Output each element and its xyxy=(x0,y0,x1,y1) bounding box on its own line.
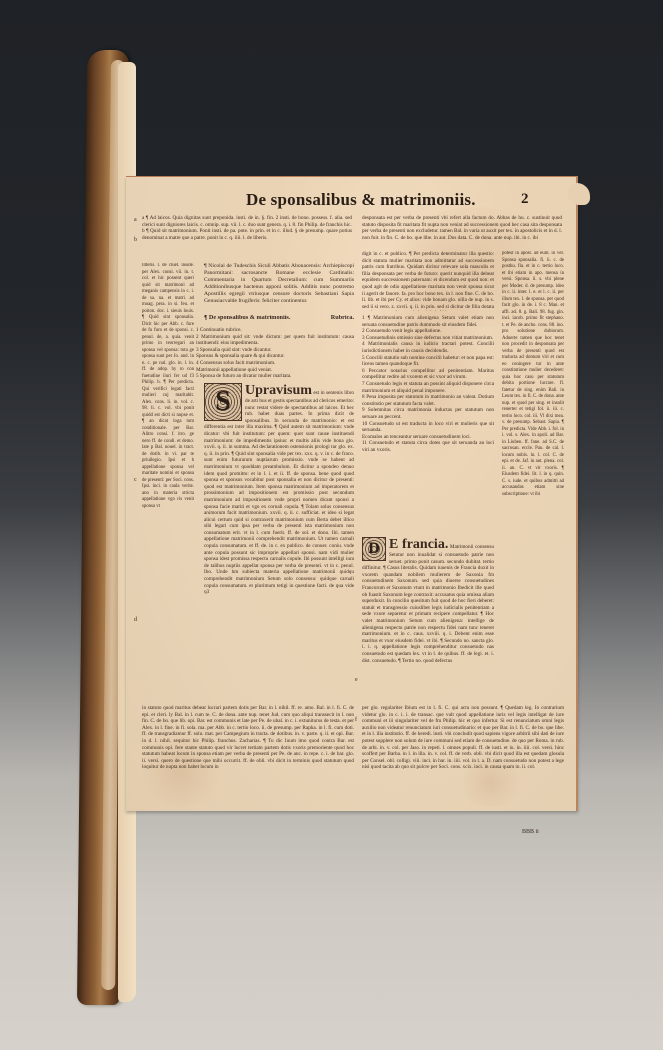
title-block: ¶ Nicolai de Tudeschis Siculi Abbatis Ab… xyxy=(204,263,354,309)
bottom-gloss-right: per glo. regulariter Ibium est in l. fi.… xyxy=(362,705,564,821)
gloss-top-right: desponsata est per verba de presenti vbi… xyxy=(362,215,562,249)
printed-leaf: De sponsalibus & matrimoniis. 2 a ¶ Ad l… xyxy=(126,176,578,811)
left-margin-gloss: litteris. l. de cluet. inside. per Alex.… xyxy=(142,263,194,703)
rubric-line: ¶ De sponsalibus & matrimoniis. Rubrica. xyxy=(204,315,354,324)
summary-list-2: 1 ¶ Matrimonium cum alienigena Setum val… xyxy=(362,315,494,511)
right-margin-gloss: potest in apost. ad eum. in ver. Sponsa … xyxy=(502,251,564,701)
bottom-gloss-left: in statuto quod maritus debeat lucrari p… xyxy=(142,705,354,821)
margin-letter-b: b xyxy=(134,237,137,243)
signature-mark: BBB ii xyxy=(522,829,539,835)
main-text-column-1: S Upravisum est in sentenis libro de art… xyxy=(204,383,354,701)
gloss-b: b ¶ Quid sit matrimonium. Ponit insti. d… xyxy=(142,228,352,241)
decorated-initial-s: S xyxy=(204,383,242,421)
margin-letter-e: e xyxy=(355,677,358,683)
margin-letter-c: c xyxy=(134,477,137,483)
gloss-top: a ¶ Ad laicos. Quia dignitas sunt prepon… xyxy=(142,215,352,261)
summary-list: 1 Continuatio rubrice. 2 Matrimonium qui… xyxy=(196,327,354,381)
section-heading-francia: E francia. xyxy=(389,537,448,552)
running-head: De sponsalibus & matrimoniis. xyxy=(246,190,476,210)
francia-section: D E francia. Matrimonii consensu Setutur… xyxy=(362,537,494,701)
torn-corner xyxy=(568,183,590,205)
margin-letter-f: f xyxy=(355,717,357,723)
margin-letter-d: d xyxy=(134,617,137,623)
margin-letter-a: a xyxy=(134,217,137,223)
main-text-column-2: digit in c. et publico. ¶ Per predicta d… xyxy=(362,251,494,311)
opening-word: Upravisum xyxy=(245,383,312,398)
folio-number: 2 xyxy=(521,191,529,208)
gloss-a: a ¶ Ad laicos. Quia dignitas sunt prepon… xyxy=(142,215,352,228)
decorated-initial-d: D xyxy=(362,537,386,561)
